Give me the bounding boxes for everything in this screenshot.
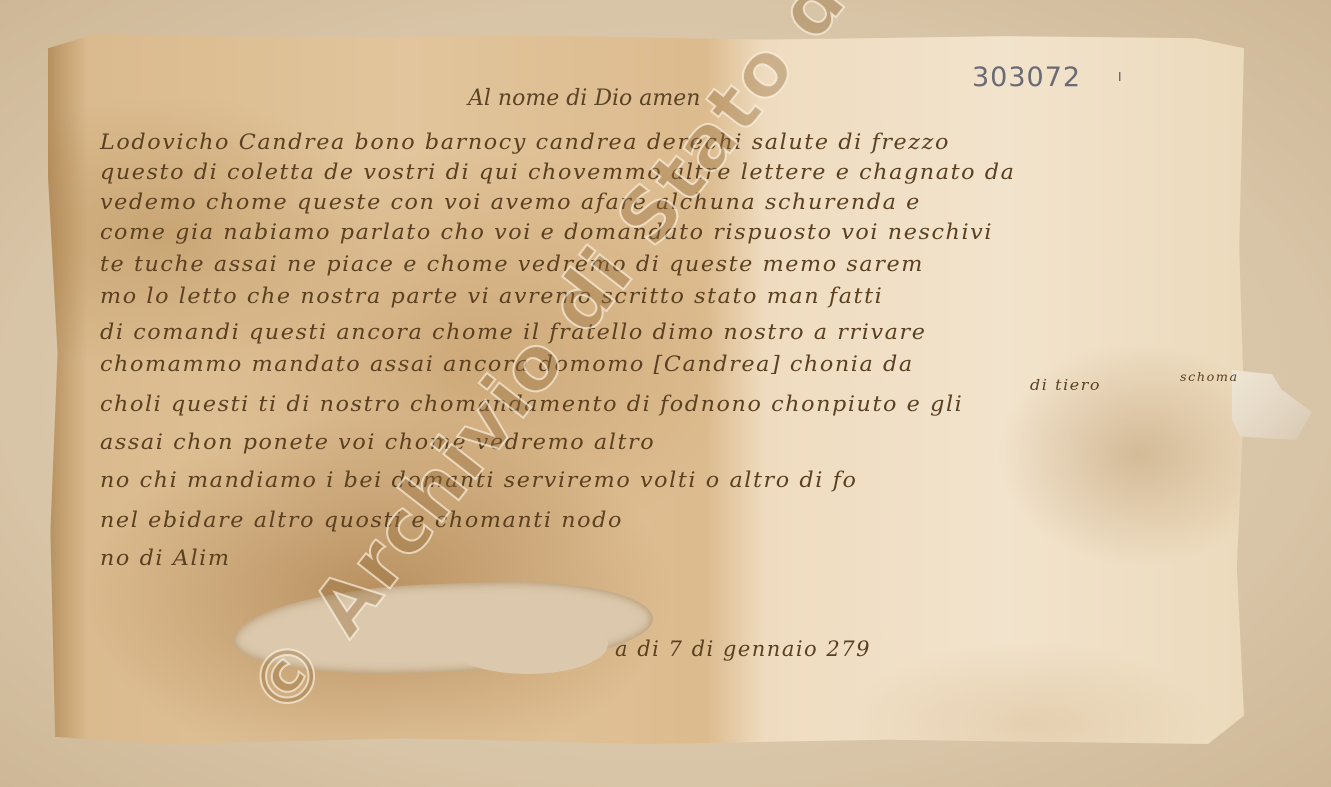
margin-note: schoma (1180, 370, 1239, 384)
letter-line: assai chon ponete voi chome vedremo altr… (100, 430, 655, 454)
archive-number: 303072 (972, 62, 1081, 93)
date-line: a di 7 di gennaio 279 (615, 637, 871, 661)
letter-line: Lodovicho Candrea bono barnocy candrea d… (100, 130, 950, 154)
archive-mark: I (1118, 70, 1122, 84)
letter-line: te tuche assai ne piace e chome vedremo … (100, 252, 924, 276)
paper-hole-secondary (448, 614, 608, 674)
letter-line: no di Alim (100, 546, 231, 570)
letter-line: mo lo letto che nostra parte vi avremo s… (100, 284, 883, 308)
interlinear-note: di tiero (1030, 376, 1101, 394)
letter-line: come gia nabiamo parlato cho voi e doman… (100, 220, 993, 244)
letter-line: questo di coletta de vostri di qui chove… (100, 160, 1015, 184)
invocation-heading: Al nome di Dio amen (468, 86, 700, 111)
letter-line: vedemo chome queste con voi avemo afare … (100, 190, 921, 214)
